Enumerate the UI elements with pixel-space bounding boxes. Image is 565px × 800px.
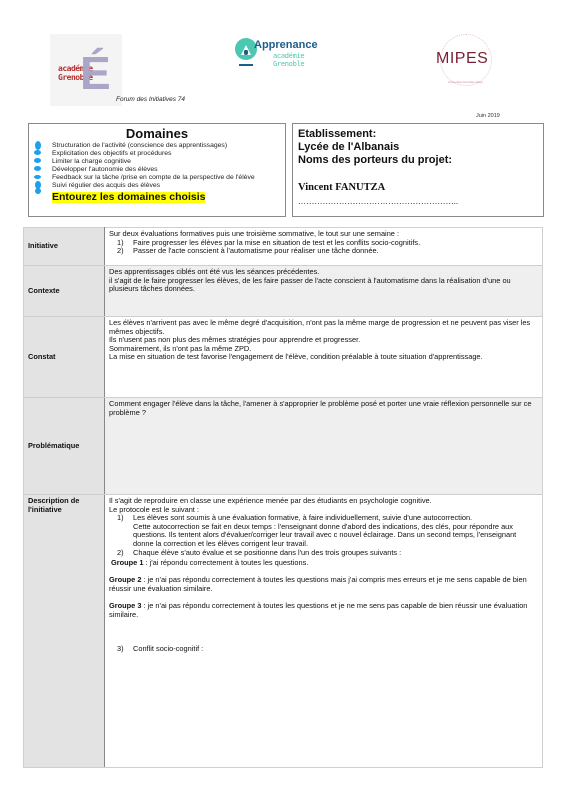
row-label: Constat: [24, 317, 105, 398]
list-item: 2) Chaque élève s'auto évalue et se posi…: [109, 549, 538, 558]
list-item: 3) Conflit socio-cognitif :: [109, 645, 538, 654]
porteurs-label: Noms des porteurs du projet:: [298, 154, 452, 166]
academie-e-icon: É: [80, 46, 111, 100]
group-text: : je n'ai pas répondu correctement à tou…: [109, 601, 527, 619]
group-item: Groupe 2 : je n'ai pas répondu correctem…: [109, 576, 538, 593]
initiative-table: Initiative Sur deux évaluations formativ…: [23, 227, 543, 768]
apprenance-drop-icon: [244, 50, 248, 55]
row-label: Problématique: [24, 398, 105, 495]
group-text: : je n'ai pas répondu correctement à tou…: [109, 575, 527, 593]
problematique-text: Comment engager l'élève dans la tâche, l…: [109, 400, 538, 417]
etablissement-name: Lycée de l'Albanais: [298, 141, 399, 153]
marker-icon: [34, 166, 41, 171]
list-number: 2): [117, 247, 124, 256]
marker-icon: [34, 158, 41, 163]
list-item: 1) Les élèves sont soumis à une évaluati…: [109, 514, 538, 548]
row-label: Description de l'initiative: [24, 495, 105, 768]
forum-title: Forum des Initiatives 74: [116, 96, 185, 103]
row-label: Initiative: [24, 228, 105, 266]
row-content: Les élèves n'arrivent pas avec le même d…: [105, 317, 543, 398]
list-item: 2) Passer de l'acte conscient à l'automa…: [109, 247, 538, 256]
domaine-item[interactable]: Explicitation des objectifs et procédure…: [52, 150, 255, 158]
marker-icon: [34, 150, 41, 155]
porteur-dots: …………………………………………………..: [298, 197, 458, 206]
list-number: 3): [117, 645, 124, 654]
row-content: Des apprentissages ciblés ont été vus le…: [105, 266, 543, 317]
domaine-item[interactable]: Développer l'autonomie des élèves: [52, 166, 255, 174]
domaine-item[interactable]: Limiter la charge cognitive: [52, 158, 255, 166]
table-row-contexte: Contexte Des apprentissages ciblés ont é…: [24, 266, 543, 317]
apprenance-logo: Apprenance académie Grenoble: [235, 38, 335, 72]
porteur-name: Vincent FANUTZA: [298, 182, 385, 193]
apprenance-sub-line1: académie: [273, 52, 304, 60]
apprenance-logo-name: Apprenance: [254, 39, 318, 51]
etablissement-label: Etablissement:: [298, 128, 376, 140]
constat-line: Les élèves n'arrivent pas avec le même d…: [109, 319, 538, 336]
constat-line: La mise en situation de test favorise l'…: [109, 353, 538, 362]
marker-icon: [35, 141, 41, 150]
table-row-initiative: Initiative Sur deux évaluations formativ…: [24, 228, 543, 266]
document-date: Juin 2019: [476, 113, 500, 119]
domaine-item[interactable]: Feedback sur la tâche /prise en compte d…: [52, 174, 255, 182]
mipes-logo-subtitle: Université Grenoble Alpes: [443, 80, 488, 84]
row-content: Comment engager l'élève dans la tâche, l…: [105, 398, 543, 495]
apprenance-sub-line2: Grenoble: [273, 60, 304, 68]
apprenance-line-icon: [239, 64, 253, 66]
list-text: Passer de l'acte conscient à l'automatis…: [133, 246, 379, 255]
group-item: Groupe 1 : j'ai répondu correctement à t…: [109, 559, 538, 568]
list-text: Conflit socio-cognitif :: [133, 644, 203, 653]
domaines-instruction: Entourez les domaines choisis: [52, 192, 205, 203]
apprenance-logo-sub: académie Grenoble: [273, 52, 304, 68]
academie-grenoble-logo: académie Grenoble É: [50, 34, 122, 106]
list-detail: Cette autocorrection se fait en deux tem…: [133, 523, 538, 549]
row-content: Sur deux évaluations formatives puis une…: [105, 228, 543, 266]
table-row-constat: Constat Les élèves n'arrivent pas avec l…: [24, 317, 543, 398]
domaines-box: Domaines Structuration de l'activité (co…: [28, 123, 286, 217]
group-name: Groupe 1: [111, 558, 143, 567]
group-text: : j'ai répondu correctement à toutes les…: [143, 558, 308, 567]
domaines-list: Structuration de l'activité (conscience …: [52, 142, 255, 203]
table-row-description: Description de l'initiative Il s'agit de…: [24, 495, 543, 768]
domaines-title: Domaines: [29, 126, 285, 141]
table-row-problematique: Problématique Comment engager l'élève da…: [24, 398, 543, 495]
mipes-logo: MIPES Université Grenoble Alpes: [430, 34, 500, 94]
list-number: 1): [117, 514, 124, 523]
etablissement-box: Etablissement: Lycée de l'Albanais Noms …: [292, 123, 544, 217]
marker-icon: [34, 175, 41, 179]
row-label: Contexte: [24, 266, 105, 317]
group-item: Groupe 3 : je n'ai pas répondu correctem…: [109, 602, 538, 619]
mipes-logo-name: MIPES: [436, 50, 488, 68]
list-number: 2): [117, 549, 124, 558]
domaine-item[interactable]: Structuration de l'activité (conscience …: [52, 142, 255, 150]
domaine-item[interactable]: Suivi régulier des acquis des élèves: [52, 182, 255, 190]
row-content: Il s'agit de reproduire en classe une ex…: [105, 495, 543, 768]
contexte-line: il s'agit de le faire progresser les élè…: [109, 277, 538, 294]
marker-icon: [35, 188, 41, 194]
list-text: Chaque élève s'auto évalue et se positio…: [133, 548, 401, 557]
